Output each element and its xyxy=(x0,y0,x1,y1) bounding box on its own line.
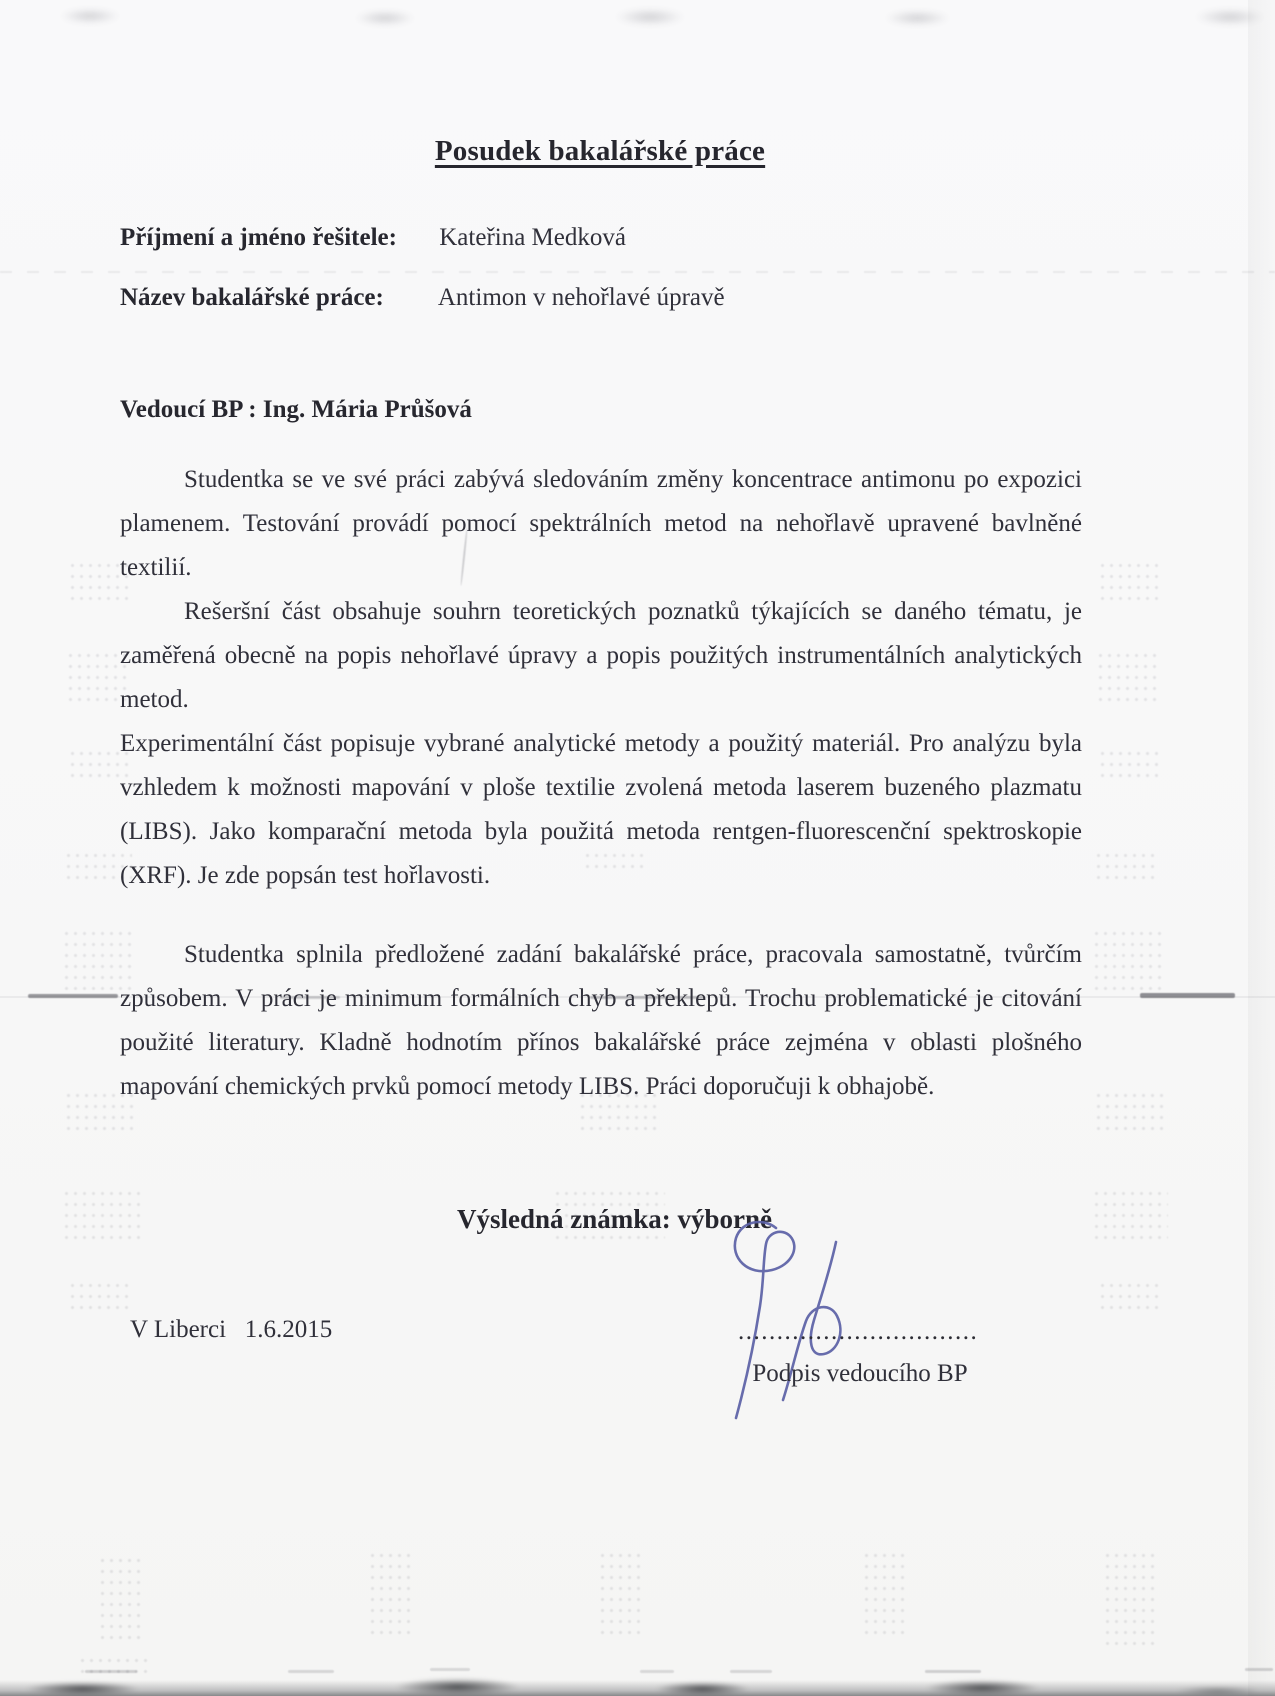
review-body: Studentka se ve své práci zabývá sledová… xyxy=(120,458,1082,898)
scan-artifact xyxy=(1103,1550,1155,1645)
field-row-solver-name: Příjmení a jméno řešitele: Kateřina Medk… xyxy=(120,224,1080,252)
review-conclusion: Studentka splnila předložené zadání baka… xyxy=(120,933,1082,1109)
signature-dotted-line: ...................................... xyxy=(738,1318,978,1346)
scan-artifact xyxy=(640,1670,674,1673)
signature-handwriting xyxy=(660,1148,860,1433)
scan-artifact xyxy=(730,1670,772,1673)
scan-artifact xyxy=(925,1670,981,1673)
scan-artifact xyxy=(598,1550,640,1642)
paragraph-research-part: Rešeršní část obsahuje souhrn teoretický… xyxy=(120,590,1082,722)
scan-artifact xyxy=(1094,1090,1166,1134)
scan-artifact xyxy=(1092,1188,1168,1240)
scan-artifact xyxy=(62,1188,140,1240)
scan-artifact xyxy=(68,1280,134,1310)
scan-artifact xyxy=(28,994,118,998)
scan-artifact xyxy=(395,1678,520,1696)
paragraph-intro: Studentka se ve své práci zabývá sledová… xyxy=(120,458,1082,590)
scan-artifact xyxy=(25,1682,140,1696)
supervisor-line: Vedoucí BP : Ing. Mária Průšová xyxy=(120,396,472,424)
scan-artifact xyxy=(615,8,685,26)
field-value-thesis-title: Antimon v nehořlavé úpravě xyxy=(438,284,725,311)
page-title: Posudek bakalářské práce xyxy=(120,135,1080,168)
scan-artifact xyxy=(60,8,120,24)
scan-artifact xyxy=(1140,993,1235,998)
scan-artifact xyxy=(98,1555,146,1647)
field-label-thesis-title: Název bakalářské práce: xyxy=(120,284,433,312)
scan-artifact xyxy=(368,1550,410,1642)
field-value-solver-name: Kateřina Medková xyxy=(439,224,626,251)
scan-artifact xyxy=(430,1668,470,1671)
scan-artifact xyxy=(355,10,415,26)
field-label-solver-name: Příjmení a jméno řešitele: xyxy=(120,224,433,252)
scan-artifact xyxy=(1092,928,1162,990)
paragraph-evaluation: Studentka splnila předložené zadání baka… xyxy=(120,933,1082,1109)
scan-artifact xyxy=(1098,748,1158,778)
scan-artifact xyxy=(85,1670,137,1673)
scan-artifact xyxy=(1096,650,1160,706)
field-row-thesis-title: Název bakalářské práce: Antimon v nehořl… xyxy=(120,284,1080,312)
scanned-review-page: Posudek bakalářské práce Příjmení a jmén… xyxy=(0,0,1275,1696)
scan-artifact xyxy=(1098,1280,1162,1310)
final-grade-line: Výsledná známka: výborně xyxy=(457,1204,772,1235)
scan-artifact xyxy=(288,1670,334,1673)
scan-artifact xyxy=(862,1550,908,1642)
scan-artifact xyxy=(925,1680,1040,1696)
scan-artifact xyxy=(0,1680,1275,1696)
scan-artifact xyxy=(885,10,950,26)
place-date: V Liberci 1.6.2015 xyxy=(130,1316,332,1344)
paragraph-experimental-part: Experimentální část popisuje vybrané ana… xyxy=(120,722,1082,898)
scan-artifact xyxy=(1098,560,1158,600)
signature-caption: Podpis vedoucího BP xyxy=(742,1360,978,1388)
scan-artifact xyxy=(655,1682,750,1696)
scan-artifact xyxy=(0,271,1275,273)
scan-artifact xyxy=(1248,0,1275,1696)
scan-artifact xyxy=(1094,850,1160,884)
scan-artifact xyxy=(1175,1686,1260,1696)
